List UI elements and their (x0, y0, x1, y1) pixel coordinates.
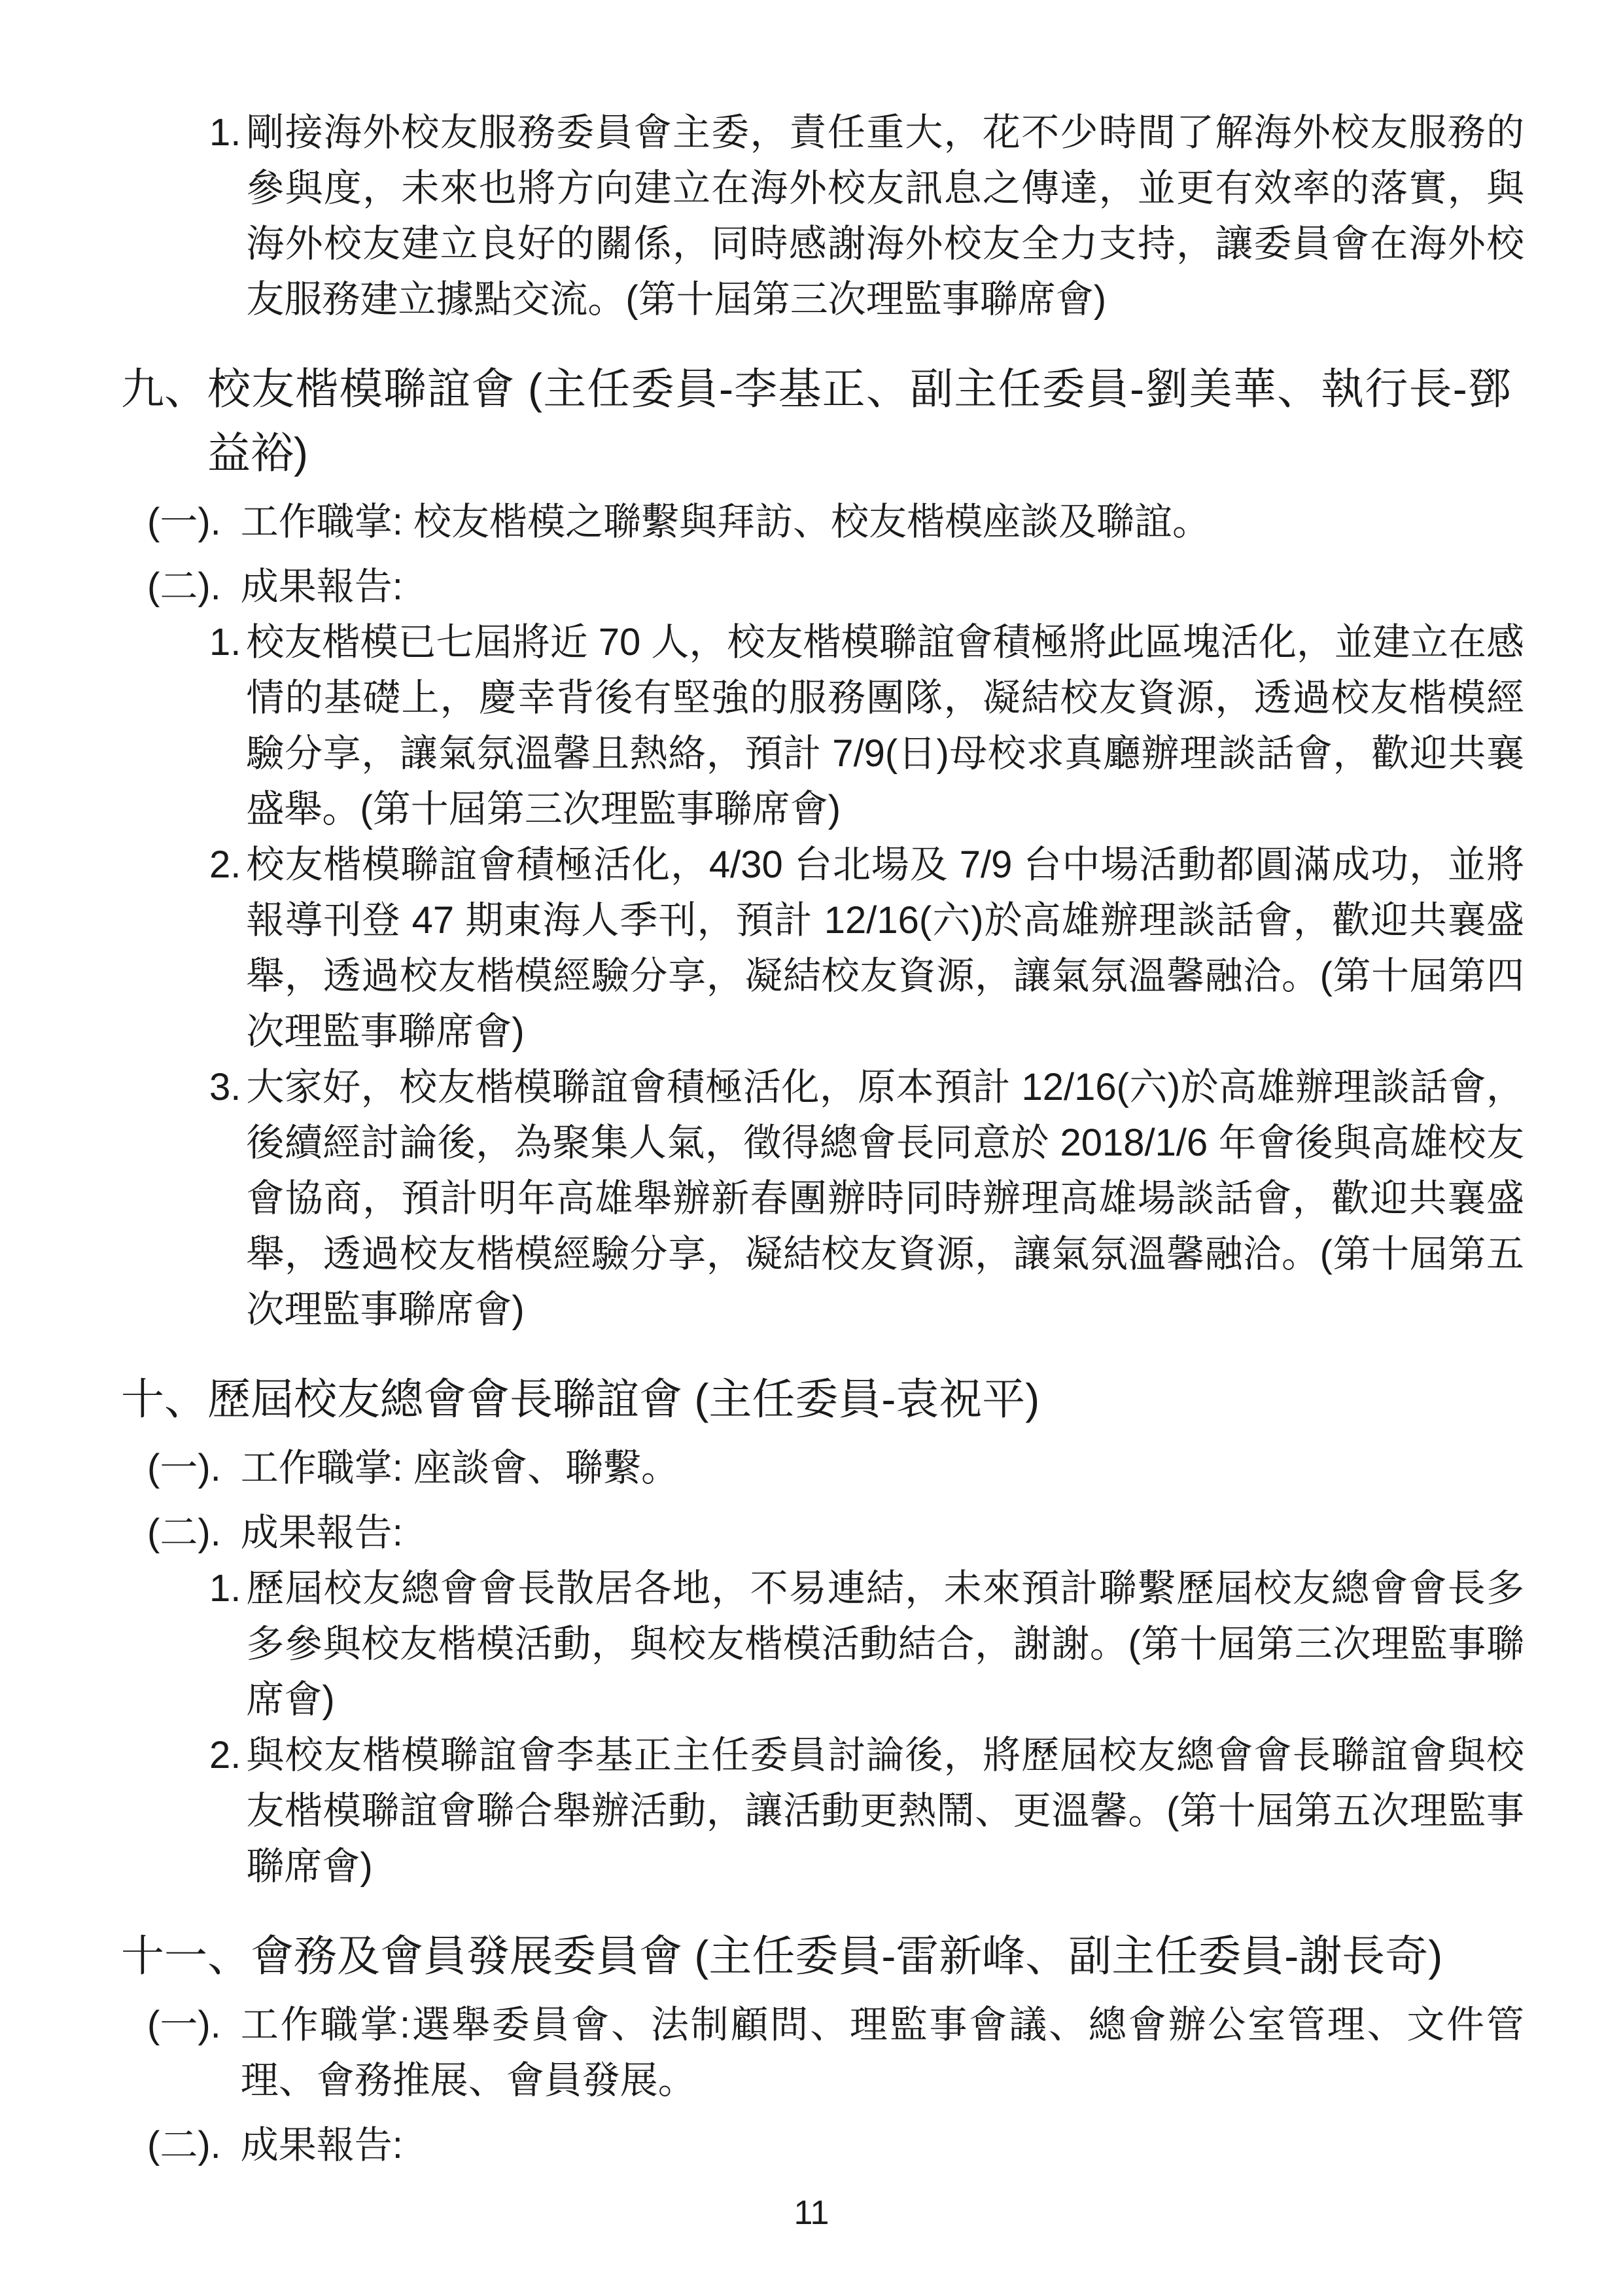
list-item-marker: 2. (209, 1727, 246, 1894)
section-title-11: 會務及會員發展委員會 (主任委員-雷新峰、副主任委員-謝長奇) (251, 1924, 1511, 1988)
subsection-marker: (一). (147, 494, 241, 550)
subsection-text: 成果報告: (241, 559, 1524, 614)
list-item-text: 與校友楷模聯誼會李基正主任委員討論後，將歷屆校友總會會長聯誼會與校友楷模聯誼會聯… (246, 1727, 1524, 1894)
subsection-report-10: (二). 成果報告: (147, 1505, 1524, 1561)
section-marker-10: 十、 (121, 1367, 207, 1431)
section-9-item-1: 1. 校友楷模已七屆將近 70 人，校友楷模聯誼會積極將此區塊活化，並建立在感情… (209, 614, 1524, 837)
section-heading-11: 十一、 會務及會員發展委員會 (主任委員-雷新峰、副主任委員-謝長奇) (121, 1924, 1511, 1988)
page-number: 11 (0, 2193, 1623, 2233)
subsection-marker: (二). (147, 559, 241, 614)
subsection-marker: (一). (147, 1440, 241, 1496)
list-item-text: 校友楷模已七屆將近 70 人，校友楷模聯誼會積極將此區塊活化，並建立在感情的基礎… (246, 614, 1524, 837)
list-item-marker: 3. (209, 1059, 246, 1337)
subsection-duties-9: (一). 工作職掌: 校友楷模之聯繫與拜訪、校友楷模座談及聯誼。 (147, 494, 1524, 550)
list-item-intro: 1. 剛接海外校友服務委員會主委，責任重大，花不少時間了解海外校友服務的參與度，… (209, 105, 1524, 327)
subsection-marker: (一). (147, 1997, 241, 2108)
section-title-10: 歷屆校友總會會長聯誼會 (主任委員-袁祝平) (207, 1367, 1511, 1431)
list-item-text: 歷屆校友總會會長散居各地，不易連結，未來預計聯繫歷屆校友總會會長多多參與校友楷模… (246, 1561, 1524, 1727)
list-item-marker: 1. (209, 1561, 246, 1727)
subsection-duties-11: (一). 工作職掌:選舉委員會、法制顧問、理監事會議、總會辦公室管理、文件管理、… (147, 1997, 1524, 2108)
subsection-text: 工作職掌: 校友楷模之聯繫與拜訪、校友楷模座談及聯誼。 (241, 494, 1524, 550)
subsection-marker: (二). (147, 1505, 241, 1561)
subsection-marker: (二). (147, 2117, 241, 2173)
section-marker-11: 十一、 (121, 1924, 251, 1988)
section-9-item-3: 3. 大家好，校友楷模聯誼會積極活化，原本預計 12/16(六)於高雄辦理談話會… (209, 1059, 1524, 1337)
subsection-text: 成果報告: (241, 1505, 1524, 1561)
list-item-text: 校友楷模聯誼會積極活化，4/30 台北場及 7/9 台中場活動都圓滿成功，並將報… (246, 837, 1524, 1059)
section-marker-9: 九、 (121, 357, 207, 485)
list-item-marker: 2. (209, 837, 246, 1059)
list-item-text: 大家好，校友楷模聯誼會積極活化，原本預計 12/16(六)於高雄辦理談話會，後續… (246, 1059, 1524, 1337)
section-heading-10: 十、 歷屆校友總會會長聯誼會 (主任委員-袁祝平) (121, 1367, 1511, 1431)
subsection-text: 工作職掌:選舉委員會、法制顧問、理監事會議、總會辦公室管理、文件管理、會務推展、… (241, 1997, 1524, 2108)
subsection-text: 成果報告: (241, 2117, 1524, 2173)
section-title-9: 校友楷模聯誼會 (主任委員-李基正、副主任委員-劉美華、執行長-鄧益裕) (207, 357, 1511, 485)
subsection-duties-10: (一). 工作職掌: 座談會、聯繫。 (147, 1440, 1524, 1496)
document-content: 1. 剛接海外校友服務委員會主委，責任重大，花不少時間了解海外校友服務的參與度，… (121, 105, 1524, 2173)
section-10-item-2: 2. 與校友楷模聯誼會李基正主任委員討論後，將歷屆校友總會會長聯誼會與校友楷模聯… (209, 1727, 1524, 1894)
list-item-text: 剛接海外校友服務委員會主委，責任重大，花不少時間了解海外校友服務的參與度，未來也… (246, 105, 1524, 327)
section-heading-9: 九、 校友楷模聯誼會 (主任委員-李基正、副主任委員-劉美華、執行長-鄧益裕) (121, 357, 1511, 485)
section-9-item-2: 2. 校友楷模聯誼會積極活化，4/30 台北場及 7/9 台中場活動都圓滿成功，… (209, 837, 1524, 1059)
section-10-item-1: 1. 歷屆校友總會會長散居各地，不易連結，未來預計聯繫歷屆校友總會會長多多參與校… (209, 1561, 1524, 1727)
subsection-report-9: (二). 成果報告: (147, 559, 1524, 614)
subsection-report-11: (二). 成果報告: (147, 2117, 1524, 2173)
document-page: 1. 剛接海外校友服務委員會主委，責任重大，花不少時間了解海外校友服務的參與度，… (0, 0, 1623, 2296)
list-item-marker: 1. (209, 105, 246, 327)
subsection-text: 工作職掌: 座談會、聯繫。 (241, 1440, 1524, 1496)
list-item-marker: 1. (209, 614, 246, 837)
